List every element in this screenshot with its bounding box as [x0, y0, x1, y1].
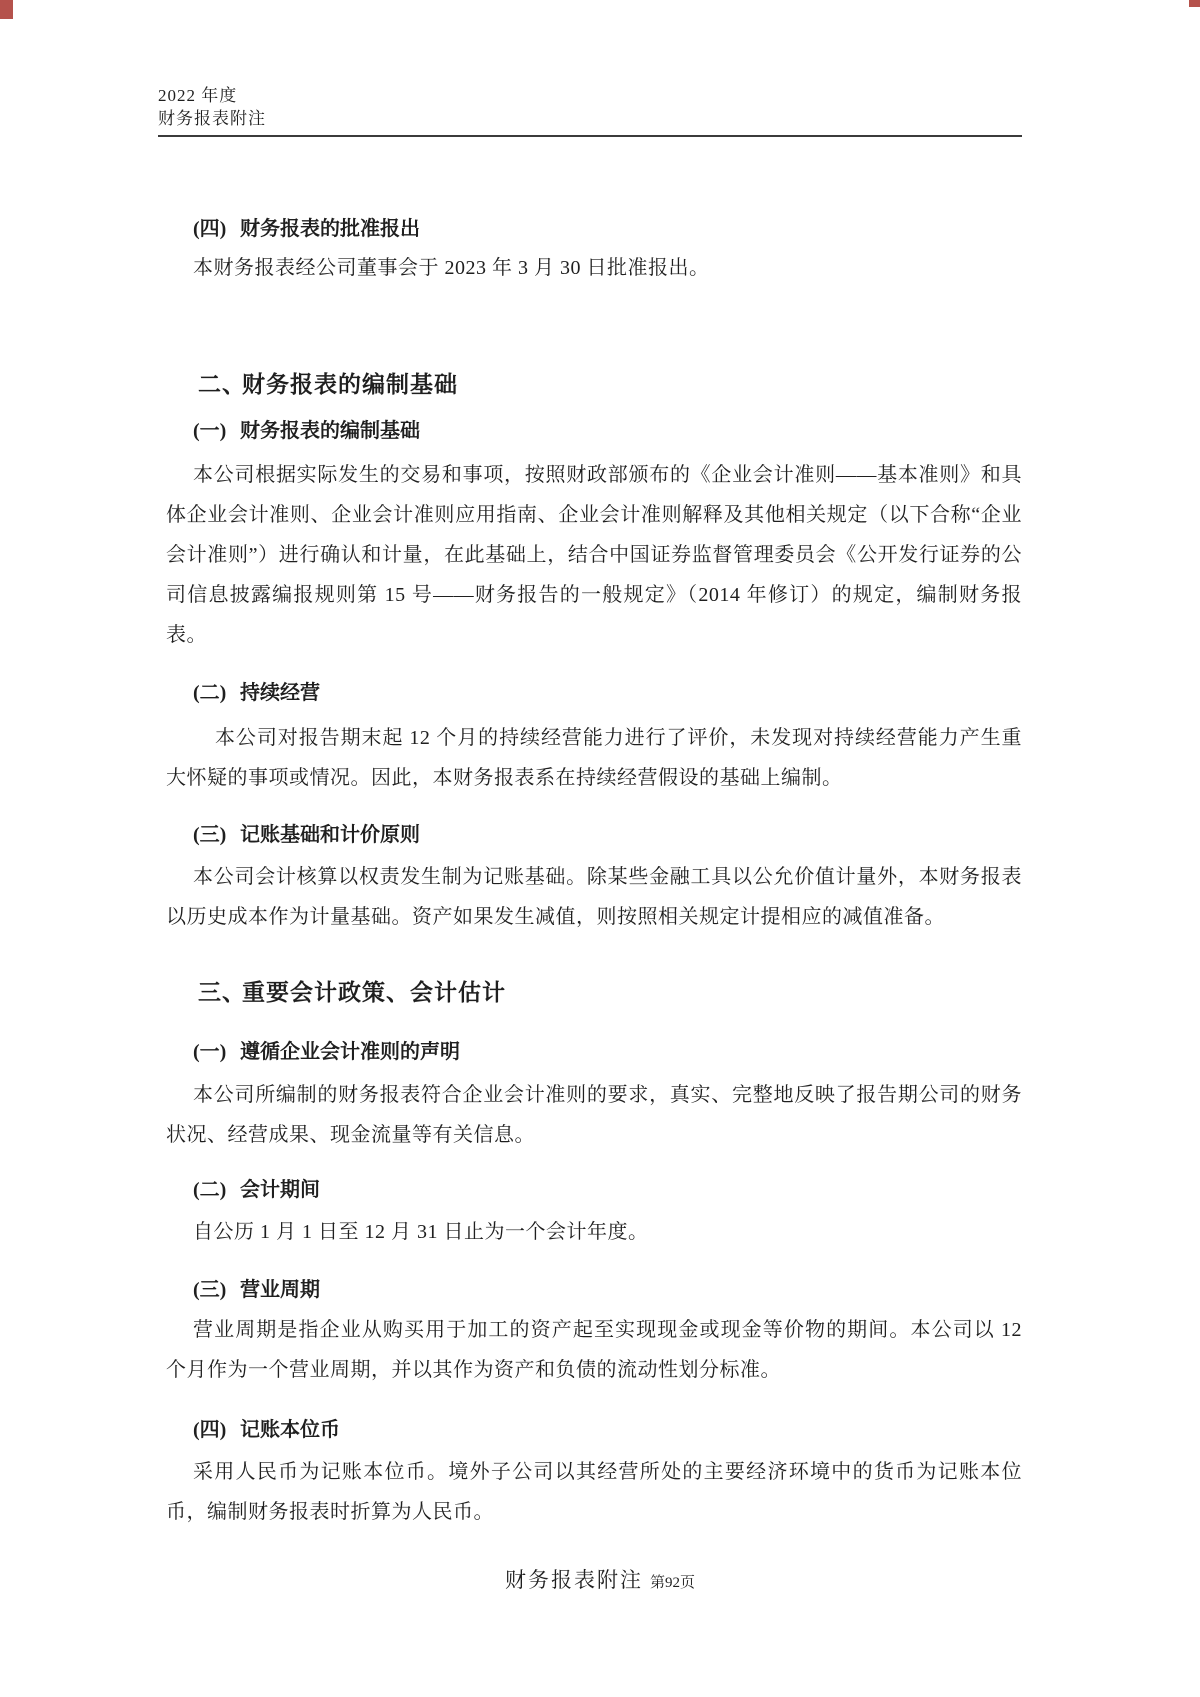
- red-corner-mark-right: [1189, 0, 1200, 7]
- heading-number: (四): [193, 215, 240, 243]
- paragraph-accounting-period: 自公历 1 月 1 日至 12 月 31 日止为一个会计年度。: [166, 1212, 1022, 1252]
- heading-accounting-period: (二) 会计期间: [166, 1176, 1022, 1204]
- heading-preparation-basis: (一) 财务报表的编制基础: [166, 417, 1022, 445]
- heading-title: 财务报表的编制基础: [240, 417, 420, 445]
- heading-title: 记账本位币: [240, 1416, 340, 1444]
- red-corner-mark-left: [0, 0, 13, 19]
- heading-number: (三): [193, 821, 240, 849]
- heading-going-concern: (二) 持续经营: [166, 679, 1022, 707]
- document-body: (四) 财务报表的批准报出 本财务报表经公司董事会于 2023 年 3 月 30…: [166, 0, 1022, 1532]
- heading-number: 二、: [198, 368, 242, 402]
- heading-title: 营业周期: [240, 1276, 320, 1304]
- paragraph-preparation-basis: 本公司根据实际发生的交易和事项，按照财政部颁布的《企业会计准则——基本准则》和具…: [166, 455, 1022, 655]
- heading-functional-currency: (四) 记账本位币: [166, 1416, 1022, 1444]
- heading-number: (一): [193, 1038, 240, 1066]
- paragraph-compliance-statement: 本公司所编制的财务报表符合企业会计准则的要求，真实、完整地反映了报告期公司的财务…: [166, 1075, 1022, 1155]
- heading-title: 财务报表的编制基础: [242, 368, 458, 402]
- footer-page-number: 第92页: [650, 1575, 695, 1591]
- heading-title: 记账基础和计价原则: [240, 821, 420, 849]
- page-footer: 财务报表附注第92页: [0, 1565, 1200, 1598]
- heading-title: 重要会计政策、会计估计: [242, 976, 506, 1010]
- heading-number: (三): [193, 1276, 240, 1304]
- paragraph-operating-cycle: 营业周期是指企业从购买用于加工的资产起至实现现金或现金等价物的期间。本公司以 1…: [166, 1310, 1022, 1390]
- heading-title: 会计期间: [240, 1176, 320, 1204]
- heading-title: 财务报表的批准报出: [240, 215, 420, 243]
- heading-number: 三、: [198, 976, 242, 1010]
- heading-number: (一): [193, 417, 240, 445]
- paragraph-approval: 本财务报表经公司董事会于 2023 年 3 月 30 日批准报出。: [166, 248, 1022, 288]
- heading-title: 遵循企业会计准则的声明: [240, 1038, 460, 1066]
- heading-number: (四): [193, 1416, 240, 1444]
- heading-preparation-basis-part: 二、 财务报表的编制基础: [166, 368, 1022, 402]
- heading-accounting-basis: (三) 记账基础和计价原则: [166, 821, 1022, 849]
- footer-doc-title: 财务报表附注: [505, 1568, 643, 1592]
- heading-number: (二): [193, 679, 240, 707]
- heading-approval-of-statements: (四) 财务报表的批准报出: [166, 215, 1022, 243]
- heading-title: 持续经营: [240, 679, 320, 707]
- heading-compliance-statement: (一) 遵循企业会计准则的声明: [166, 1038, 1022, 1066]
- paragraph-going-concern: 本公司对报告期末起 12 个月的持续经营能力进行了评价，未发现对持续经营能力产生…: [166, 718, 1022, 798]
- document-page: 2022 年度 财务报表附注 (四) 财务报表的批准报出 本财务报表经公司董事会…: [0, 0, 1200, 1697]
- heading-operating-cycle: (三) 营业周期: [166, 1276, 1022, 1304]
- heading-significant-policies-part: 三、 重要会计政策、会计估计: [166, 976, 1022, 1010]
- paragraph-functional-currency: 采用人民币为记账本位币。境外子公司以其经营所处的主要经济环境中的货币为记账本位币…: [166, 1452, 1022, 1532]
- heading-number: (二): [193, 1176, 240, 1204]
- paragraph-accounting-basis: 本公司会计核算以权责发生制为记账基础。除某些金融工具以公允价值计量外，本财务报表…: [166, 857, 1022, 937]
